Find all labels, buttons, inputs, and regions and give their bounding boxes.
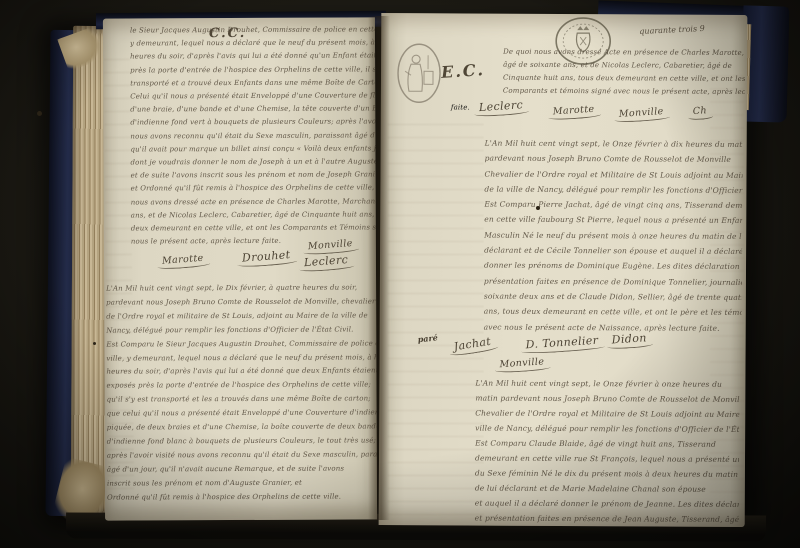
- handwritten-line: soixante deux ans et de Claude Didon, Se…: [484, 289, 742, 306]
- handwritten-line: de lui déclarant et de Marie Madelaine C…: [475, 481, 739, 497]
- signature-didon: Didon: [611, 331, 647, 346]
- handwritten-line: Est Comparu Claude Blaide, âgé de vingt …: [475, 436, 739, 452]
- ink-bleed-through: [388, 123, 484, 523]
- handwritten-line: âgé d'un jour, qu'il n'avait aucune Rema…: [107, 462, 377, 477]
- handwritten-line: et Ordonné qu'il fût remis à l'hospice d…: [131, 182, 377, 196]
- handwritten-line: piquée, de deux braies et d'une Chemise,…: [107, 420, 377, 435]
- handwritten-line: De quoi nous avons dressé Acte en présen…: [503, 46, 745, 60]
- handwritten-line: en cette ville faubourg St Pierre, leque…: [484, 212, 742, 229]
- handwritten-line: d'indienne fond blanc à bouquets de plus…: [107, 434, 377, 449]
- handwritten-line: Chevalier de l'Ordre royal et Militaire …: [475, 406, 739, 422]
- handwritten-line: demeurant en cette ville rue St François…: [475, 451, 739, 467]
- handwritten-line: de la ville de Nancy, délégué pour rempl…: [484, 181, 742, 198]
- handwritten-line: deux demeurant en cette ville, et ont le…: [131, 221, 377, 235]
- folio-number: 9: [699, 24, 705, 33]
- handwritten-line: de l'Ordre royal et militaire de St Loui…: [106, 309, 376, 324]
- handwritten-line: et auquel il a déclaré donner le prénom …: [475, 496, 739, 512]
- handwritten-line: Comparants et témoins signé avec nous le…: [503, 85, 745, 99]
- handwritten-line: déclarant et de Cécile Tonnelier son épo…: [484, 243, 742, 260]
- handwritten-line: nous avons reconnu qu'il était du Sexe m…: [130, 129, 376, 143]
- handwritten-line: pardevant nous Joseph Bruno Comte de Rou…: [485, 151, 743, 168]
- handwritten-line: ville de Nancy, délégué pour remplir les…: [475, 421, 739, 437]
- signature-partial: Ch: [692, 105, 707, 117]
- handwritten-line: d'une braie, d'une bande et d'une Chemis…: [130, 103, 376, 117]
- closing-word: faite.: [451, 103, 470, 111]
- signature-jachat: Jachat: [453, 335, 492, 354]
- handwritten-line: transporté et a trouvé deux Enfants dans…: [130, 76, 376, 90]
- act-text-jeanne-blaide: L'An Mil huit cent vingt sept, le Onze f…: [475, 376, 740, 527]
- handwritten-line: et présentation faites en présence de Je…: [475, 511, 739, 527]
- scanned-register-photo: C.C. le Sieur Jacques Augustin Drouhet, …: [0, 0, 800, 548]
- handwritten-line: matin pardevant nous Joseph Bruno Comte …: [475, 391, 739, 407]
- handwritten-line: Nancy, délégué pour remplir les fonction…: [106, 323, 376, 338]
- folio-annotation: quarante trois 9: [639, 22, 739, 36]
- handwritten-line: heures du soir, d'après l'avis qui lui a…: [130, 50, 376, 64]
- signature-monville-3: Monville: [499, 356, 544, 370]
- handwritten-line: Masculin Né le neuf du présent mois à on…: [484, 227, 742, 244]
- signature-monville-2: Monville: [619, 106, 664, 120]
- act-text-auguste-granier: L'An Mil huit cent vingt sept, le Dix fé…: [106, 281, 377, 506]
- act-text-joseph-granier: le Sieur Jacques Augustin Drouhet, Commi…: [130, 23, 377, 250]
- handwritten-line: pardevant nous Joseph Bruno Comte de Rou…: [106, 295, 376, 310]
- handwritten-line: Ordonné qu'il fût remis à l'hospice des …: [107, 490, 377, 505]
- signature-marotte-2: Marotte: [553, 104, 595, 118]
- handwritten-line: Est Comparu le Sieur Jacques Augustin Dr…: [106, 337, 376, 352]
- handwritten-line: inscrit sous les prénom et nom d'Auguste…: [107, 476, 377, 491]
- handwritten-line: exposés près la porte d'entrée de l'hosp…: [106, 379, 376, 394]
- signature-marotte: Marotte: [162, 253, 204, 267]
- act-closing-text: De quoi nous avons dressé Acte en présen…: [503, 46, 745, 101]
- margin-mark-ec: E.C.: [440, 60, 485, 82]
- handwritten-line: présentation faites en présence de Domin…: [484, 273, 742, 290]
- dust-speck: [37, 111, 42, 116]
- handwritten-line: qu'il s'y est transporté et les a trouvé…: [107, 393, 377, 408]
- signature-leclerc: Leclerc: [304, 253, 349, 269]
- handwritten-line: y demeurant, lequel nous a déclaré que l…: [130, 37, 376, 51]
- handwritten-line: donner les prénoms de Dominique Eugène. …: [484, 258, 742, 275]
- right-page: E.C. quarante trois 9 De quoi nous avons…: [379, 13, 748, 527]
- dust-speck: [93, 342, 96, 345]
- handwritten-line: Est Comparu Pierre Jachat, âgé de vingt …: [484, 197, 742, 214]
- act-text-dominique-jachat: L'An Mil huit cent vingt sept, le Onze f…: [484, 136, 743, 339]
- book-gutter-shadow: [368, 16, 390, 520]
- handwritten-line: âgé de soixante ans, et de Nicolas Lecle…: [503, 59, 745, 73]
- minerva-revenue-stamp-icon: [395, 41, 443, 109]
- handwritten-line: ans, et de Nicolas Leclerc, Cabaretier, …: [131, 208, 377, 222]
- handwritten-line: d'indienne fond vert à bouquets de plusi…: [130, 116, 376, 130]
- handwritten-line: Chevalier de l'Ordre royal et Militaire …: [484, 166, 742, 183]
- signature-drouhet: Drouhet: [242, 248, 291, 265]
- folio-words: quarante trois: [639, 24, 697, 36]
- handwritten-line: ans, tous deux demeurant en cette ville,…: [484, 304, 742, 321]
- handwritten-line: près la porte d'entrée de l'hospice des …: [130, 63, 376, 77]
- signature-monville: Monville: [308, 238, 354, 252]
- handwritten-line: et de suite l'avons inscrit sous les pré…: [131, 169, 377, 183]
- signature-leclerc-2: Leclerc: [478, 98, 523, 114]
- handwritten-line: L'An Mil huit cent vingt sept, le Onze f…: [475, 376, 739, 392]
- handwritten-line: heures du soir, d'après l'avis qui lui a…: [106, 365, 376, 380]
- ink-blot: [536, 206, 540, 210]
- handwritten-line: L'An Mil huit cent vingt sept, le Onze f…: [485, 136, 743, 153]
- handwritten-line: dont je voudrais donner le nom de Joseph…: [131, 155, 377, 169]
- handwritten-line: le Sieur Jacques Augustin Drouhet, Commi…: [130, 23, 376, 37]
- handwritten-line: du Sexe féminin Né le dix du présent moi…: [475, 466, 739, 482]
- handwritten-line: L'An Mil huit cent vingt sept, le Dix fé…: [106, 281, 376, 296]
- handwritten-line: ville, y demeurant, lequel nous a déclar…: [106, 351, 376, 366]
- handwritten-line: Cinquante huit ans, tous deux demeurant …: [503, 72, 745, 86]
- left-page: C.C. le Sieur Jacques Augustin Drouhet, …: [103, 17, 377, 520]
- handwritten-line: que celui qu'il nous a présenté était En…: [107, 407, 377, 422]
- handwritten-line: qu'il avait pour marque un billet ainsi …: [130, 142, 376, 156]
- handwritten-line: après l'avoir visité nous avons reconnu …: [107, 448, 377, 463]
- handwritten-line: Celui qu'il nous a présenté était Envelo…: [130, 89, 376, 103]
- margin-note-pare: paré: [417, 332, 438, 344]
- handwritten-line: nous avons dressé acte en présence de Ch…: [131, 195, 377, 209]
